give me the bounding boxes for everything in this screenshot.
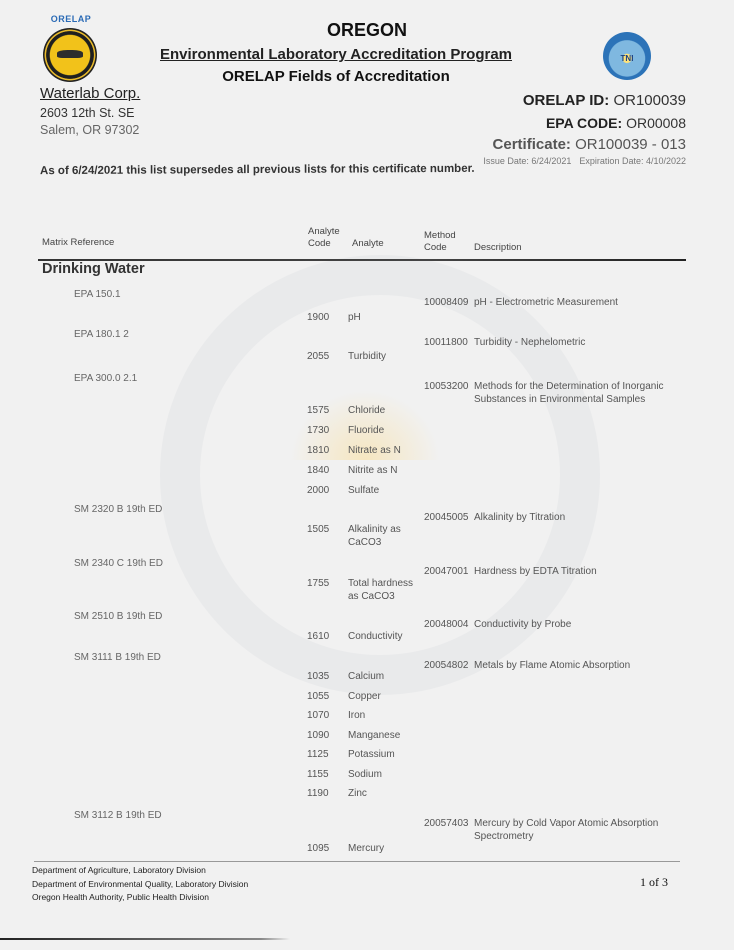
method-code: 20057403 xyxy=(424,817,469,830)
analyte-name: Alkalinity as CaCO3 xyxy=(348,523,414,549)
analyte-name: Conductivity xyxy=(348,630,414,643)
analyte-name: pH xyxy=(348,311,414,324)
header-analyte: Analyte xyxy=(352,238,384,250)
method-description: Conductivity by Probe xyxy=(474,618,674,631)
matrix-title: Drinking Water xyxy=(42,261,145,277)
analyte-name: Iron xyxy=(348,709,414,722)
analyte-code: 1755 xyxy=(307,577,329,590)
lab-name: Waterlab Corp. xyxy=(40,85,140,102)
orelap-id: ORELAP ID: OR100039 xyxy=(523,92,686,109)
issue-date: Issue Date: 6/24/2021 xyxy=(483,156,571,166)
method-description: Methods for the Determination of Inorgan… xyxy=(474,380,674,406)
page-number: 1 of 3 xyxy=(640,875,668,890)
analyte-code: 1730 xyxy=(307,424,329,437)
method-reference: SM 2340 C 19th ED xyxy=(74,557,163,570)
method-reference: EPA 180.1 2 xyxy=(74,328,129,341)
analyte-name: Manganese xyxy=(348,729,414,742)
analyte-name: Chloride xyxy=(348,404,414,417)
program-title: Environmental Laboratory Accreditation P… xyxy=(0,46,672,63)
analyte-code: 1900 xyxy=(307,311,329,324)
method-reference: EPA 150.1 xyxy=(74,288,121,301)
analyte-code: 1055 xyxy=(307,690,329,703)
expiration-date: Expiration Date: 4/10/2022 xyxy=(579,156,686,166)
analyte-name: Total hardness as CaCO3 xyxy=(348,577,414,603)
method-description: Turbidity - Nephelometric xyxy=(474,336,674,349)
analyte-code: 1190 xyxy=(307,787,329,800)
analyte-code: 1575 xyxy=(307,404,329,417)
analyte-name: Sodium xyxy=(348,768,414,781)
method-description: Alkalinity by Titration xyxy=(474,511,674,524)
analyte-name: Zinc xyxy=(348,787,414,800)
footer-agency-oha: Oregon Health Authority, Public Health D… xyxy=(32,892,209,902)
footer-agency-deq: Department of Environmental Quality, Lab… xyxy=(32,879,248,889)
epa-code: EPA CODE: OR00008 xyxy=(546,115,686,131)
analyte-name: Fluoride xyxy=(348,424,414,437)
header-description: Description xyxy=(474,242,522,254)
analyte-name: Nitrate as N xyxy=(348,444,414,457)
method-description: Mercury by Cold Vapor Atomic Absorption … xyxy=(474,817,674,843)
analyte-code: 1035 xyxy=(307,670,329,683)
footer-rule xyxy=(34,861,680,862)
method-reference: SM 3112 B 19th ED xyxy=(74,809,162,822)
analyte-name: Mercury xyxy=(348,842,414,855)
analyte-name: Calcium xyxy=(348,670,414,683)
method-reference: SM 2510 B 19th ED xyxy=(74,610,162,623)
method-code: 20045005 xyxy=(424,511,469,524)
header-matrix-reference: Matrix Reference xyxy=(42,237,114,249)
analyte-code: 1070 xyxy=(307,709,329,722)
analyte-code: 2055 xyxy=(307,350,329,363)
scan-edge-rule xyxy=(0,938,290,940)
document-subtitle: ORELAP Fields of Accreditation xyxy=(0,68,672,85)
lab-address-line1: 2603 12th St. SE xyxy=(40,106,135,120)
header-analyte-code: AnalyteCode xyxy=(308,226,340,250)
method-code: 20048004 xyxy=(424,618,469,631)
method-code: 10008409 xyxy=(424,296,469,309)
method-description: pH - Electrometric Measurement xyxy=(474,296,674,309)
analyte-code: 2000 xyxy=(307,484,329,497)
certificate-dates: Issue Date: 6/24/2021Expiration Date: 4/… xyxy=(483,156,686,166)
analyte-name: Potassium xyxy=(348,748,414,761)
method-code: 10053200 xyxy=(424,380,469,393)
analyte-code: 1125 xyxy=(307,748,329,761)
state-title: OREGON xyxy=(0,20,734,41)
analyte-code: 1090 xyxy=(307,729,329,742)
method-reference: EPA 300.0 2.1 xyxy=(74,372,137,385)
supersede-notice: As of 6/24/2021 this list supersedes all… xyxy=(40,163,475,177)
analyte-code: 1810 xyxy=(307,444,329,457)
analyte-name: Nitrite as N xyxy=(348,464,414,477)
method-reference: SM 3111 B 19th ED xyxy=(74,651,161,664)
certificate-number: Certificate: OR100039 - 013 xyxy=(493,136,686,153)
analyte-code: 1840 xyxy=(307,464,329,477)
analyte-code: 1610 xyxy=(307,630,329,643)
method-description: Hardness by EDTA Titration xyxy=(474,565,674,578)
analyte-name: Sulfate xyxy=(348,484,414,497)
method-code: 10011800 xyxy=(424,336,468,349)
method-reference: SM 2320 B 19th ED xyxy=(74,503,162,516)
analyte-code: 1155 xyxy=(307,768,329,781)
analyte-code: 1505 xyxy=(307,523,329,536)
method-code: 20054802 xyxy=(424,659,469,672)
method-code: 20047001 xyxy=(424,565,469,578)
lab-address-line2: Salem, OR 97302 xyxy=(40,123,139,137)
header-method-code: MethodCode xyxy=(424,230,456,254)
analyte-code: 1095 xyxy=(307,842,329,855)
analyte-name: Copper xyxy=(348,690,414,703)
method-description: Metals by Flame Atomic Absorption xyxy=(474,659,674,672)
analyte-name: Turbidity xyxy=(348,350,414,363)
footer-agency-agriculture: Department of Agriculture, Laboratory Di… xyxy=(32,865,206,875)
